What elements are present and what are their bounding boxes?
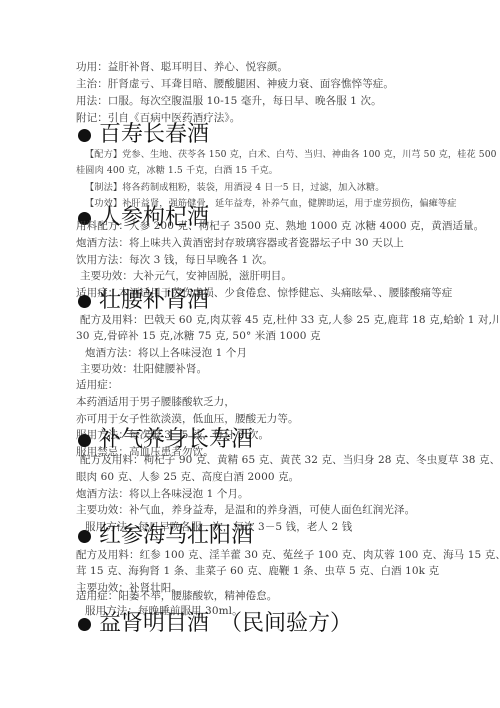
intro-line-usage: 用法：口服。每次空腹温服 10-15 毫升，每日早、晚各服 1 次。 bbox=[76, 94, 382, 108]
recipe-line: 炮酒方法：将以上各味浸泡 1 个月。 bbox=[76, 487, 249, 501]
bullet-icon bbox=[78, 129, 91, 142]
section-heading: 红参海马壮阳酒 bbox=[76, 523, 253, 549]
recipe-line: 茸 15 克、海狗肾 1 条、韭菜子 60 克、鹿鞭 1 条、虫草 5 克、白酒… bbox=[76, 564, 439, 578]
recipe-line: 【配方】党参、生地、茯苓各 150 克，白术、白芍、当归、神曲各 100 克，川… bbox=[85, 148, 500, 162]
document-page: 功用：益肝补肾、聪耳明目、养心、悦容颜。 主治：肝肾虚亏、耳聋目暗、腰酸腿困、神… bbox=[0, 0, 500, 708]
recipe-line: 炮酒方法：将以上各味浸泡 1 个月 bbox=[85, 346, 247, 360]
bullet-icon bbox=[78, 295, 91, 308]
recipe-line: 本药酒适用于男子腰膝酸软乏力， bbox=[76, 395, 235, 409]
recipe-line: 主要功效：大补元气，安神固脱，滋肝明目。 bbox=[80, 269, 292, 283]
recipe-line: 30 克,骨碎补 15 克,冰糖 75 克, 50° 米酒 1000 克 bbox=[76, 329, 321, 343]
recipe-line: 炮酒方法：将上味共入黄酒密封存玻璃容器或者瓷器坛子中 30 天以上 bbox=[76, 236, 404, 250]
recipe-line: 用料配方：人参 200 克、枸杞子 3500 克、熟地 1000 克 冰糖 40… bbox=[76, 219, 484, 233]
section-heading: 百寿长春酒 bbox=[76, 122, 209, 148]
recipe-line: 亦可用于女子性欲淡漠，低血压，腰酸无力等。 bbox=[76, 412, 299, 426]
section-title: 壮腰补肾酒 bbox=[99, 288, 209, 314]
section-heading: 壮腰补肾酒 bbox=[76, 288, 209, 314]
section-title: 红参海马壮阳酒 bbox=[99, 523, 253, 549]
bullet-icon bbox=[78, 530, 91, 543]
recipe-line: 主要功效：壮阳健腰补肾。 bbox=[80, 362, 207, 376]
recipe-line: 饮用方法：每次 3 钱，每日早晚各 1 次。 bbox=[76, 253, 273, 267]
recipe-line: 【制法】将各药制成粗粉，装袋，用酒浸 4 日一5 日，过滤，加入冰糖。 bbox=[85, 181, 385, 195]
recipe-line: 适用症：阳萎不举，腰膝酸软，精神倦怠。 bbox=[76, 589, 277, 603]
section-title: 补气养身长寿酒 bbox=[99, 427, 253, 453]
section-title: 百寿长春酒 bbox=[99, 122, 209, 148]
recipe-line: 配方及用料：红参 100 克、淫羊藿 30 克、菟丝子 100 克、肉苁蓉 10… bbox=[76, 548, 500, 562]
recipe-line: 配方及用料：巴戟天 60 克,肉苁蓉 45 克,杜仲 33 克,人参 25 克,… bbox=[80, 313, 500, 327]
section-heading: 益肾明目酒 （民间验方） bbox=[76, 611, 352, 637]
bullet-icon bbox=[78, 434, 91, 447]
intro-line-indication: 主治：肝肾虚亏、耳聋目暗、腰酸腿困、神疲力衰、面容憔悴等症。 bbox=[76, 77, 394, 91]
bullet-icon bbox=[78, 618, 91, 631]
recipe-line: 眼肉 60 克、人参 25 克、高度白酒 2000 克。 bbox=[76, 470, 299, 484]
recipe-line: 主要功效：补气血，养身益寿，是温和的养身酒，可使人面色红润光泽。 bbox=[76, 503, 415, 517]
intro-line-function: 功用：益肝补肾、聪耳明目、养心、悦容颜。 bbox=[76, 60, 288, 74]
recipe-line: 适用症： bbox=[76, 378, 118, 392]
section-heading: 补气养身长寿酒 bbox=[76, 427, 253, 453]
recipe-line: 桂圆肉 400 克，冰糖 1.5 千克，白酒 15 千克。 bbox=[76, 164, 278, 178]
section-title: 益肾明目酒 （民间验方） bbox=[99, 611, 352, 637]
recipe-line: 配方及用料：枸杞子 90 克、黄精 65 克、黄芪 32 克、当归身 28 克、… bbox=[80, 453, 500, 467]
